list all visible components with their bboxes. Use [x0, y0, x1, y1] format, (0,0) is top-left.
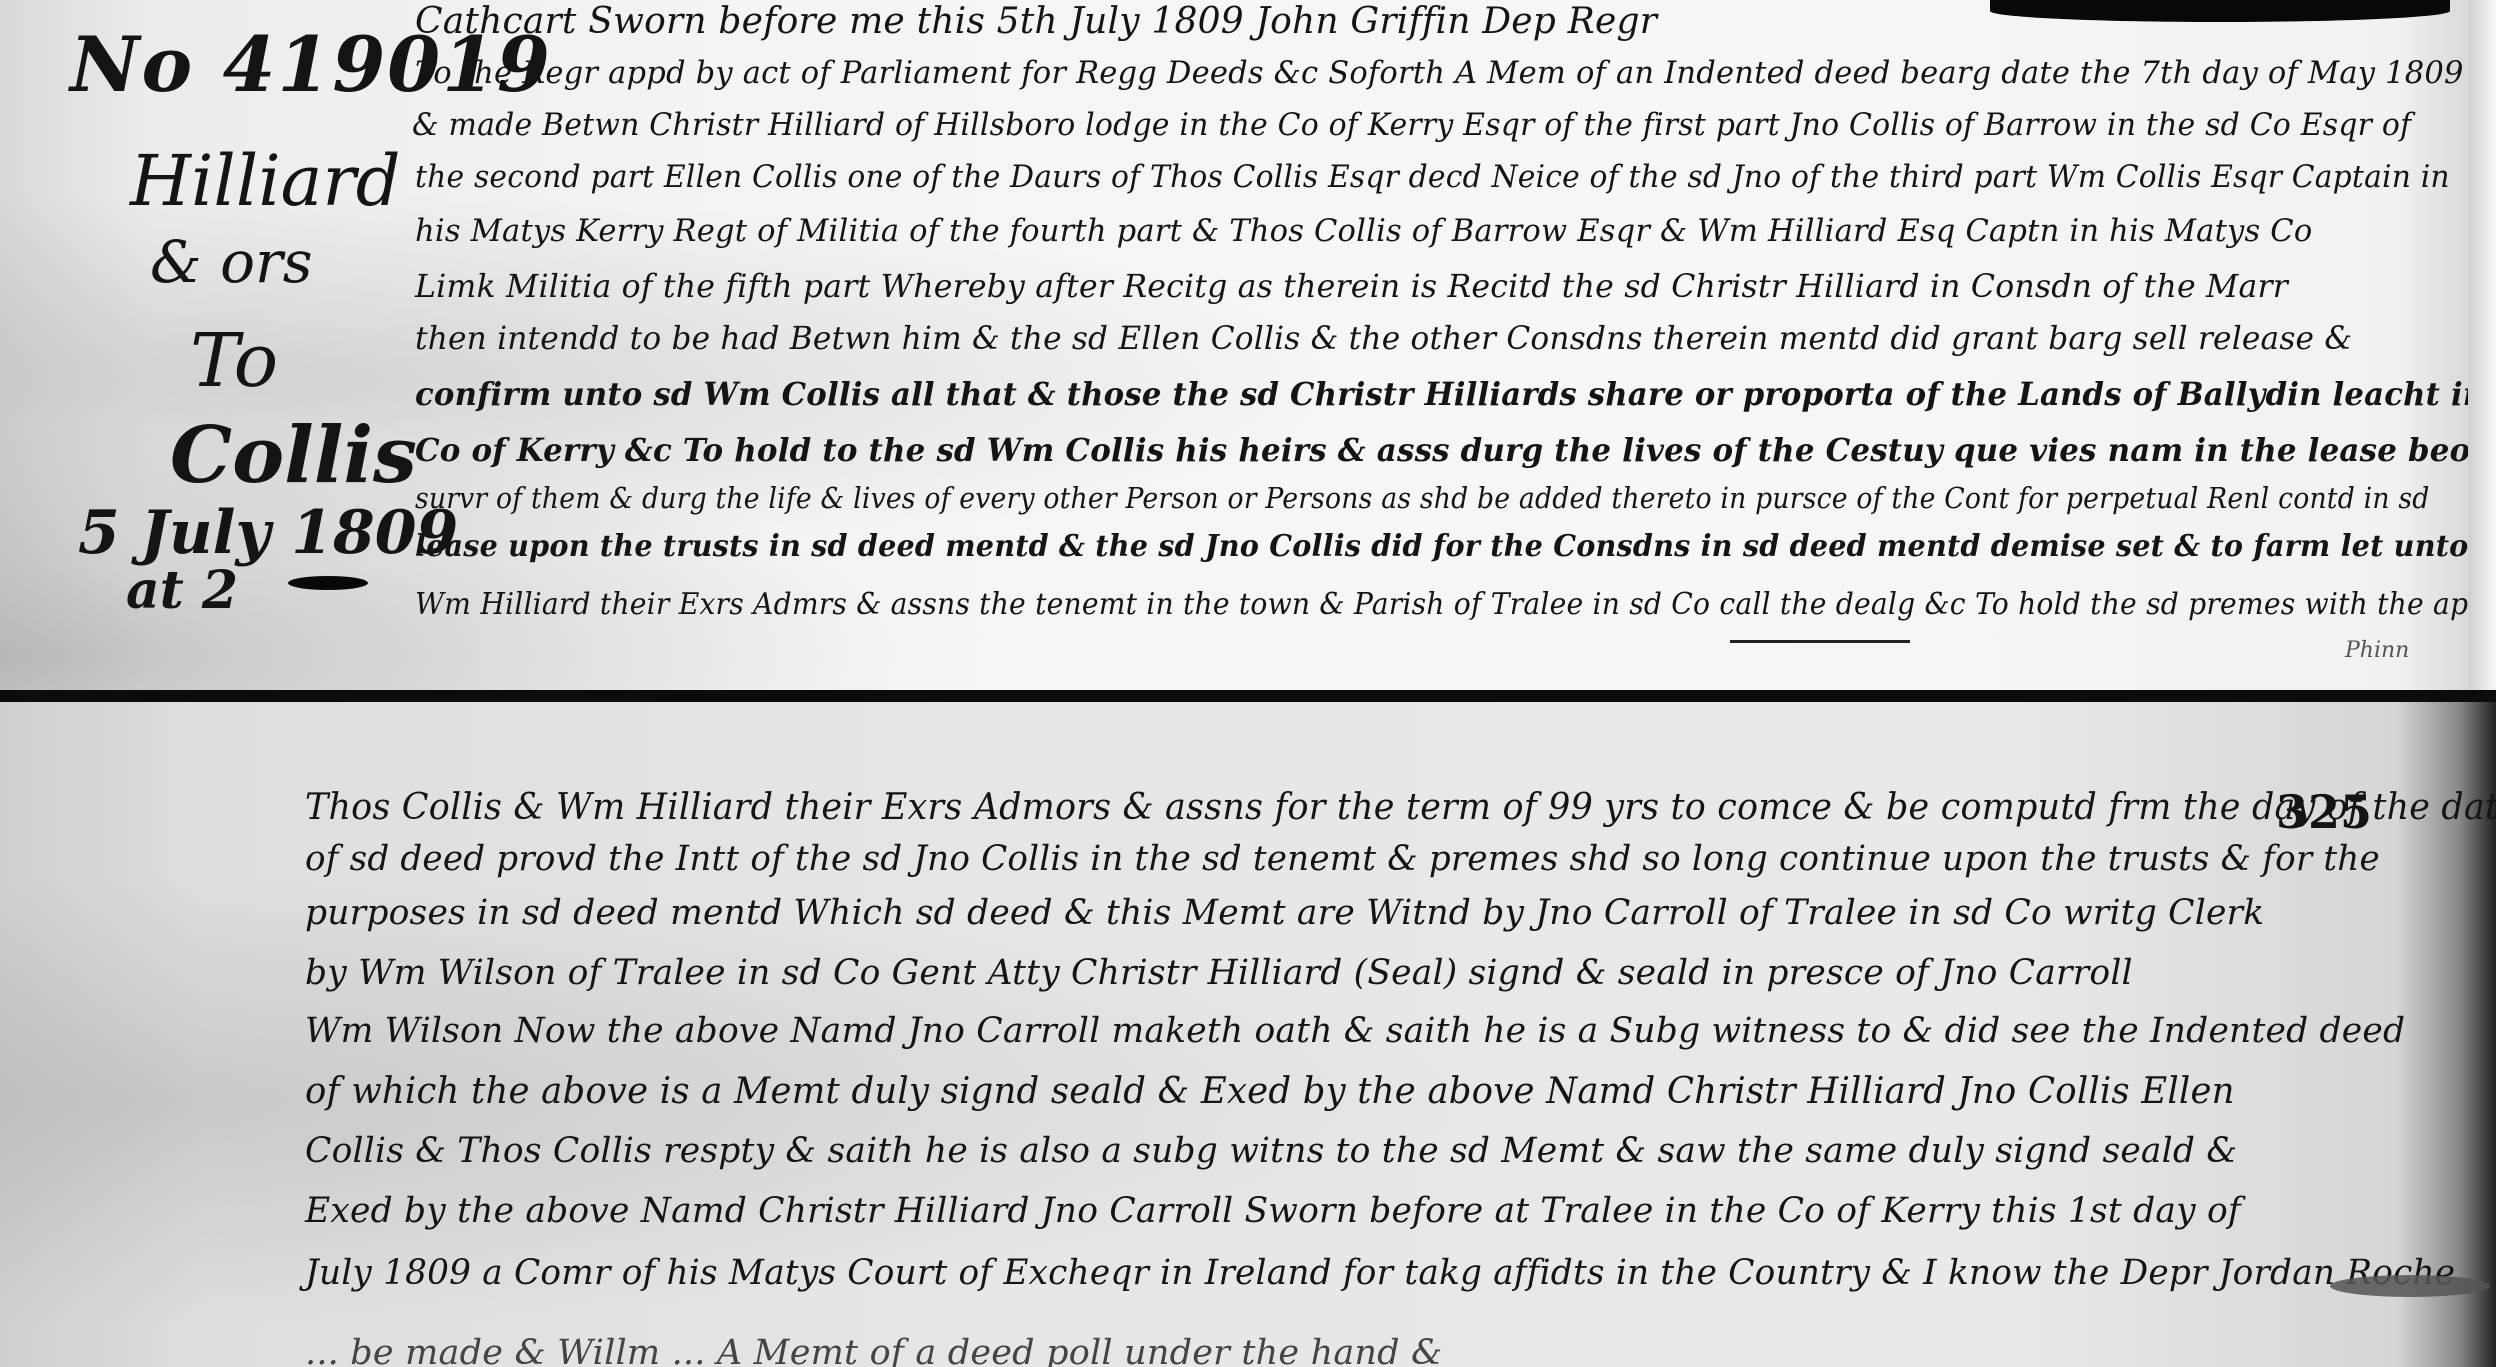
- text-line: Exed by the above Namd Christr Hilliard …: [305, 1194, 2241, 1229]
- text-line: Co of Kerry &c To hold to the sd Wm Coll…: [415, 434, 2496, 466]
- text-line: & made Betwn Christr Hilliard of Hillsbo…: [412, 110, 2411, 141]
- text-line: purposes in sd deed mentd Which sd deed …: [305, 896, 2264, 931]
- ink-blot: [1990, 0, 2450, 22]
- page-divider: [0, 690, 2496, 702]
- margin-party-1-suffix: & ors: [150, 228, 312, 296]
- text-line: July 1809 a Comr of his Matys Court of E…: [305, 1256, 2455, 1291]
- document-viewer: No 419019 Hilliard & ors To Collis 5 Jul…: [0, 0, 2496, 1367]
- text-line: Thos Collis & Wm Hilliard their Exrs Adm…: [305, 790, 2496, 826]
- text-line: lease upon the trusts in sd deed mentd &…: [415, 532, 2496, 562]
- top-page: No 419019 Hilliard & ors To Collis 5 Jul…: [0, 0, 2496, 690]
- text-line: confirm unto sd Wm Collis all that & tho…: [415, 378, 2496, 410]
- text-line-partial: ... be made & Willm ... A Memt of a deed…: [305, 1336, 1442, 1367]
- text-line: the second part Ellen Collis one of the …: [415, 162, 2450, 193]
- margin-conjunction: To: [190, 318, 278, 404]
- text-line: his Matys Kerry Regt of Militia of the f…: [415, 216, 2312, 247]
- text-line: Collis & Thos Collis respty & saith he i…: [305, 1134, 2237, 1169]
- text-line: Cathcart Sworn before me this 5th July 1…: [415, 4, 1657, 40]
- text-line: To the Regr appd by act of Parliament fo…: [415, 58, 2464, 89]
- folio-number: 325: [2276, 785, 2372, 839]
- margin-party-2: Collis: [170, 410, 417, 501]
- text-line: Wm Wilson Now the above Namd Jno Carroll…: [305, 1014, 2405, 1049]
- underline-stroke: [1730, 640, 1910, 643]
- side-note: Phinn: [2345, 638, 2409, 663]
- text-line: then intendd to be had Betwn him & the s…: [415, 322, 2352, 354]
- text-line: of sd deed provd the Intt of the sd Jno …: [305, 842, 2380, 877]
- ink-dash: [288, 576, 368, 590]
- margin-date: 5 July 1809: [78, 498, 458, 568]
- text-line: Wm Hilliard their Exrs Admrs & assns the…: [415, 590, 2496, 620]
- text-line: survr of them & durg the life & lives of…: [415, 484, 2430, 513]
- ink-smudge: [2330, 1275, 2490, 1297]
- text-line: of which the above is a Memt duly signd …: [305, 1074, 2235, 1110]
- bottom-page: Thos Collis & Wm Hilliard their Exrs Adm…: [0, 702, 2496, 1367]
- text-line: Limk Militia of the fifth part Whereby a…: [415, 270, 2288, 302]
- text-line: by Wm Wilson of Tralee in sd Co Gent Att…: [305, 956, 2133, 991]
- margin-time: at 2: [126, 560, 238, 621]
- margin-party-1: Hilliard: [130, 140, 401, 222]
